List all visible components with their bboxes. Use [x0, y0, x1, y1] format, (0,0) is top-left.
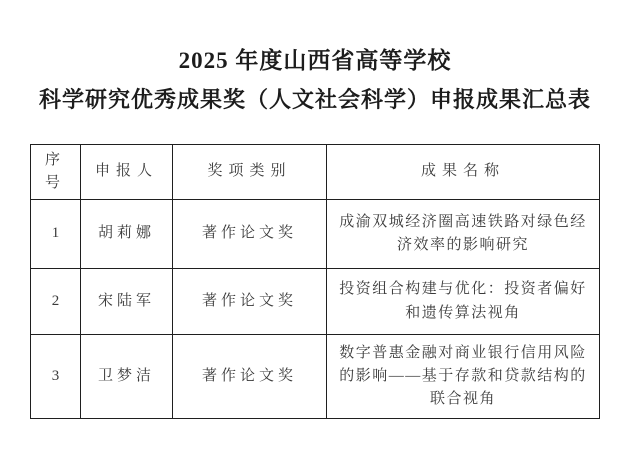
table-row: 2 宋陆军 著作论文奖 投资组合构建与优化：投资者偏好和遗传算法视角 — [31, 269, 600, 335]
table-row: 1 胡莉娜 著作论文奖 成渝双城经济圈高速铁路对绿色经济效率的影响研究 — [31, 200, 600, 269]
header-applicant: 申报人 — [81, 145, 173, 200]
header-achievement-name: 成果名称 — [327, 145, 600, 200]
cell-applicant: 胡莉娜 — [81, 200, 173, 269]
cell-award-category: 著作论文奖 — [173, 269, 327, 335]
cell-achievement-name: 数字普惠金融对商业银行信用风险的影响——基于存款和贷款结构的联合视角 — [327, 335, 600, 419]
cell-applicant: 宋陆军 — [81, 269, 173, 335]
header-serial-number: 序号 — [31, 145, 81, 200]
cell-achievement-name: 投资组合构建与优化：投资者偏好和遗传算法视角 — [327, 269, 600, 335]
header-award-category: 奖项类别 — [173, 145, 327, 200]
document-title-line1: 2025 年度山西省高等学校 — [0, 42, 630, 75]
cell-award-category: 著作论文奖 — [173, 200, 327, 269]
cell-applicant: 卫梦洁 — [81, 335, 173, 419]
cell-award-category: 著作论文奖 — [173, 335, 327, 419]
cell-serial-number: 2 — [31, 269, 81, 335]
cell-serial-number: 3 — [31, 335, 81, 419]
cell-achievement-name: 成渝双城经济圈高速铁路对绿色经济效率的影响研究 — [327, 200, 600, 269]
cell-serial-number: 1 — [31, 200, 81, 269]
achievements-summary-table: 序号 申报人 奖项类别 成果名称 1 胡莉娜 著作论文奖 成渝双城经济圈高速铁路… — [30, 144, 600, 419]
document-page: 2025 年度山西省高等学校 科学研究优秀成果奖（人文社会科学）申报成果汇总表 … — [0, 0, 630, 467]
table-header-row: 序号 申报人 奖项类别 成果名称 — [31, 145, 600, 200]
table-row: 3 卫梦洁 著作论文奖 数字普惠金融对商业银行信用风险的影响——基于存款和贷款结… — [31, 335, 600, 419]
document-title-line2: 科学研究优秀成果奖（人文社会科学）申报成果汇总表 — [0, 83, 630, 114]
